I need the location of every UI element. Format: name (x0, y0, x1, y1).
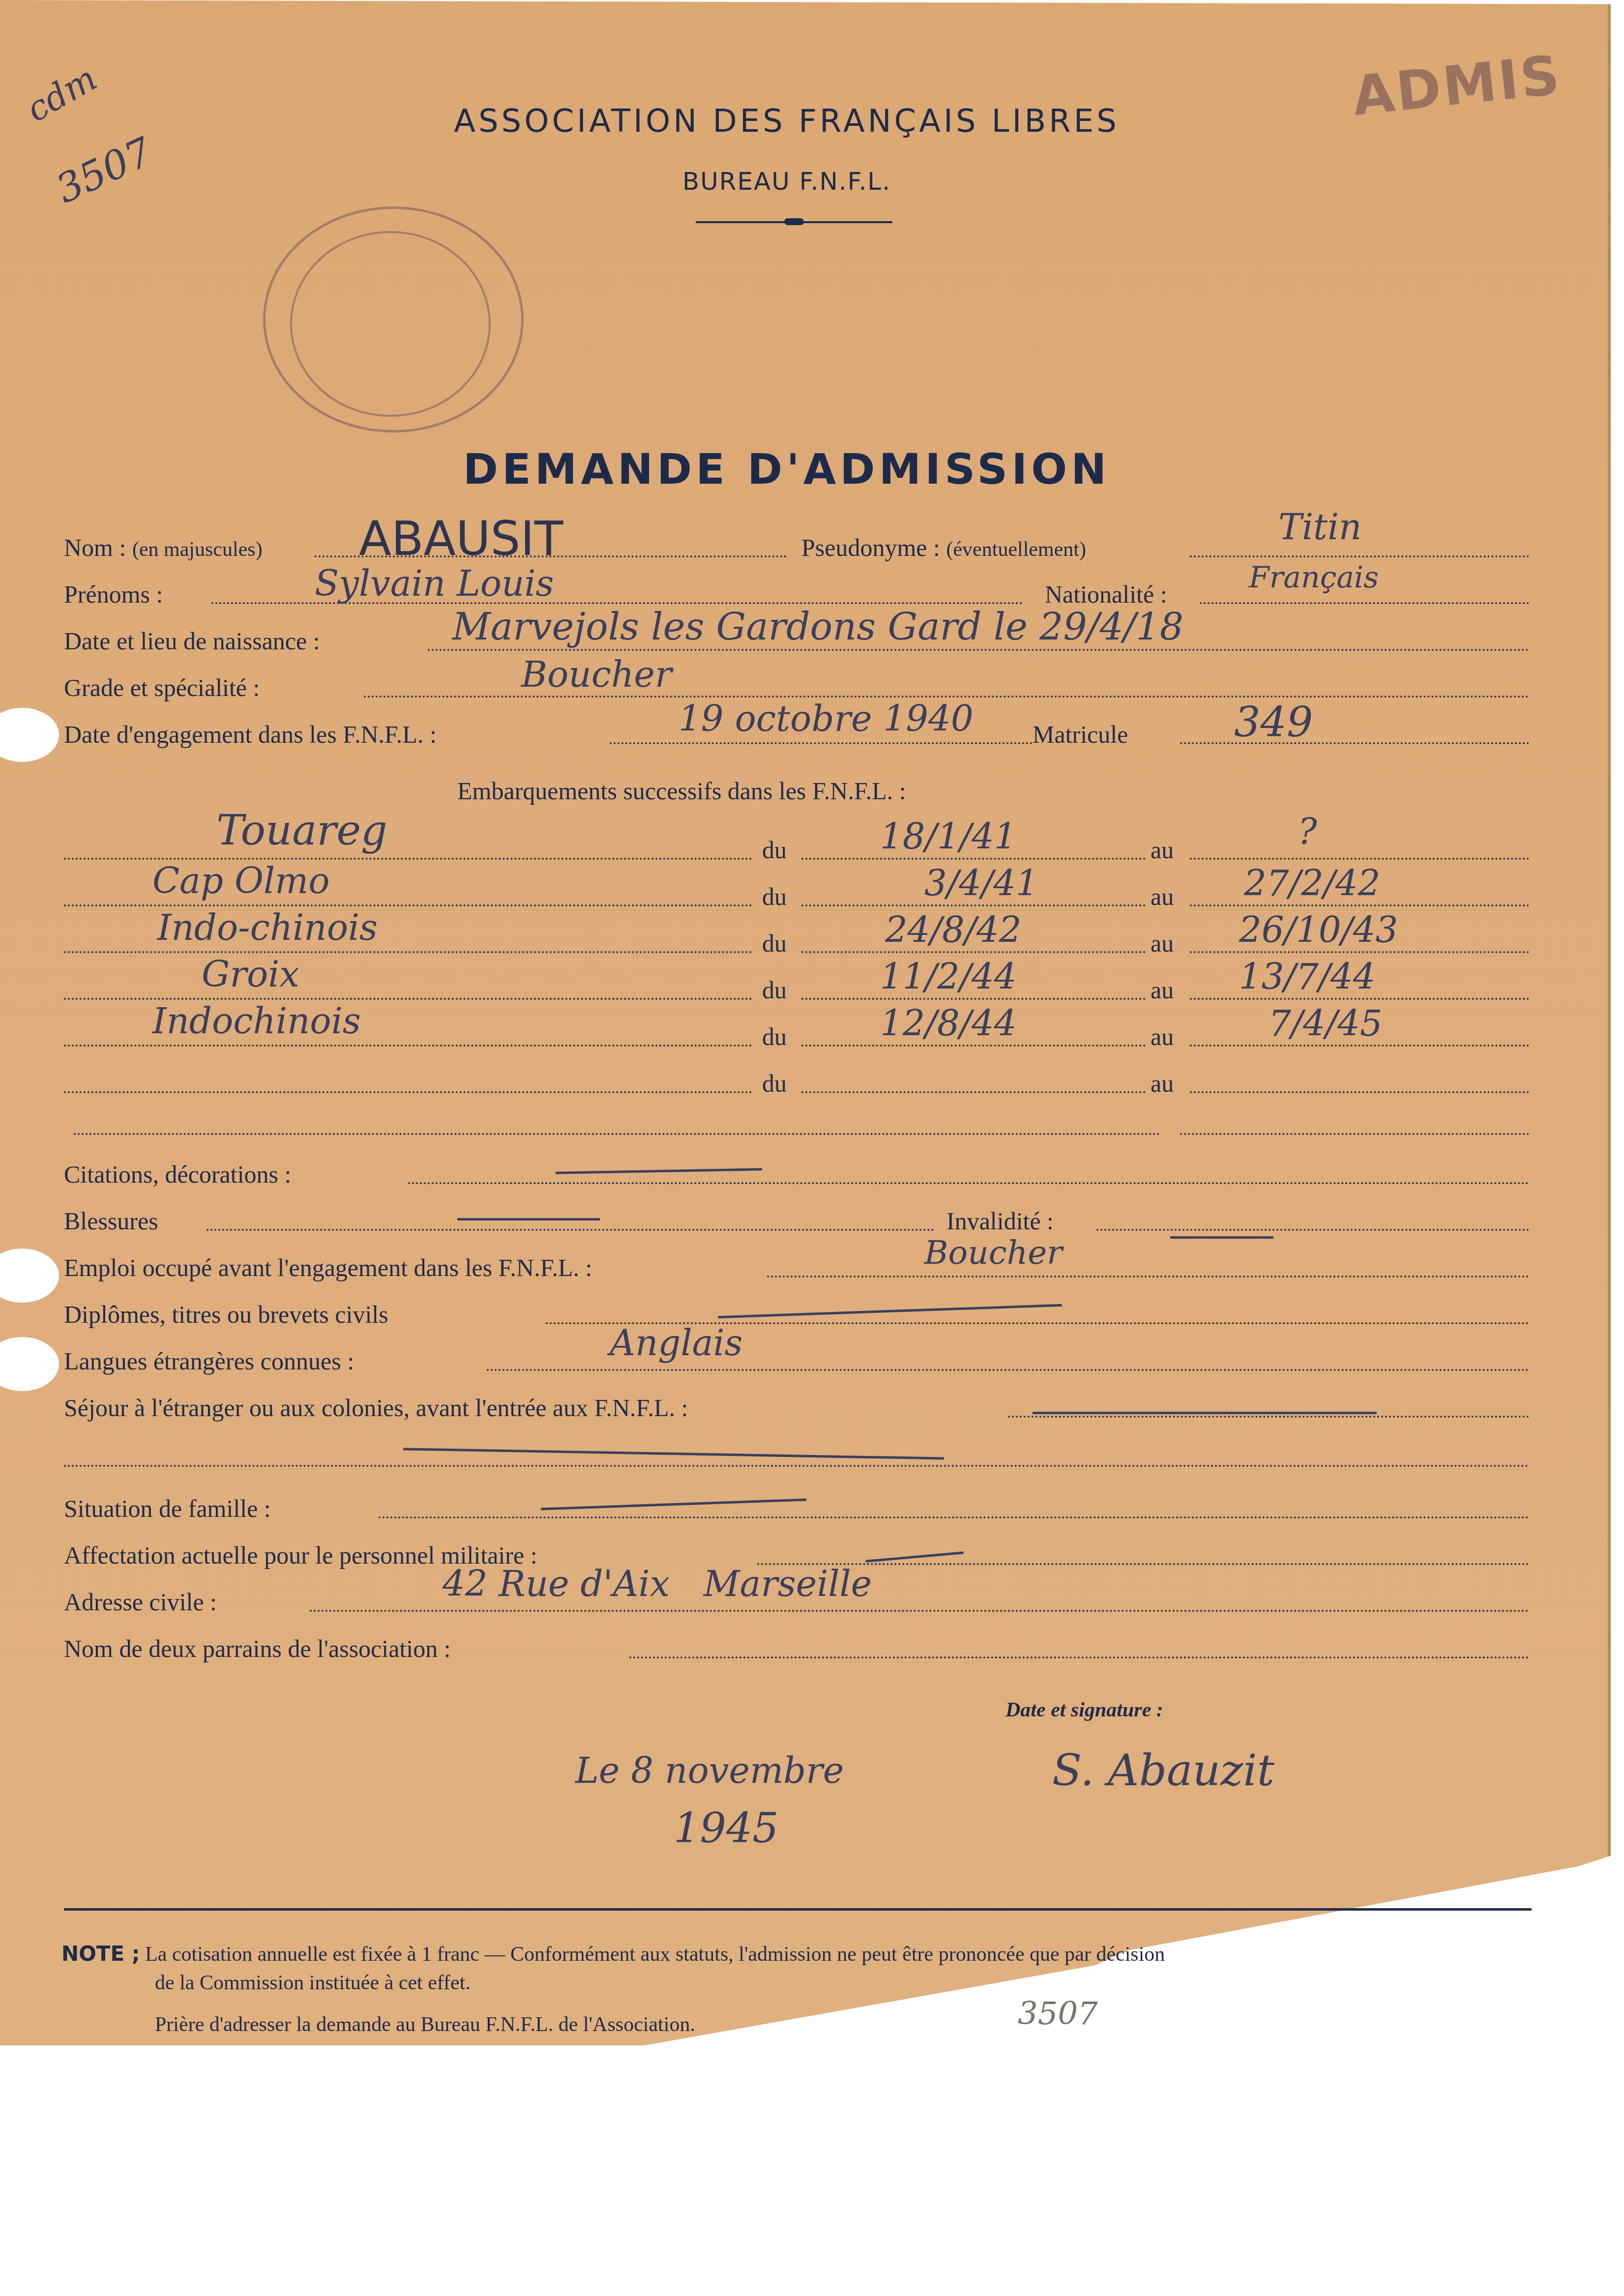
au-date[interactable]: 27/2/42 (1244, 863, 1381, 904)
pseudonyme-line (1190, 555, 1529, 557)
bottom-number-note: 3507 (1018, 1996, 1098, 2032)
invalidite-line (1096, 1229, 1529, 1231)
association-heading: ASSOCIATION DES FRANÇAIS LIBRES (0, 103, 1573, 140)
au-label: au (1151, 836, 1174, 864)
signature-name: S. Abauzit (1052, 1745, 1274, 1796)
du-date[interactable]: 11/2/44 (880, 956, 1017, 997)
du-date[interactable]: 3/4/41 (924, 863, 1038, 904)
engagement-line (610, 742, 1033, 744)
famille-line (379, 1516, 1529, 1518)
ship-name[interactable]: Groix (202, 954, 299, 995)
au-date[interactable]: 7/4/45 (1269, 1003, 1383, 1044)
naissance-label: Date et lieu de naissance : (64, 627, 320, 655)
au-line (1190, 1091, 1529, 1093)
emploi-label: Emploi occupé avant l'engagement dans le… (64, 1253, 592, 1282)
du-label: du (762, 882, 787, 911)
nom-value[interactable]: ABAUSIT (359, 511, 563, 566)
sejour-line-2 (64, 1465, 1529, 1467)
au-label: au (1151, 1069, 1174, 1098)
bureau-heading: BUREAU F.N.F.L. (0, 167, 1573, 196)
ornament-divider (696, 221, 892, 223)
du-date[interactable]: 12/8/44 (880, 1003, 1017, 1044)
ship-name[interactable]: Touareg (216, 806, 387, 854)
famille-label: Situation de famille : (64, 1494, 271, 1523)
affectation-line (757, 1563, 1529, 1565)
au-line (1190, 1045, 1529, 1046)
du-label: du (762, 1022, 787, 1051)
nom-label: Nom : (en majuscules) (64, 533, 263, 562)
ship-line (64, 858, 752, 860)
ship-line (64, 1045, 752, 1046)
du-line (801, 998, 1146, 1000)
du-line (801, 904, 1146, 906)
invalidite-label: Invalidité : (946, 1207, 1054, 1235)
au-label: au (1151, 929, 1174, 958)
ship-name[interactable]: Indochinois (152, 1000, 361, 1042)
note-divider (64, 1908, 1532, 1911)
naissance-line (428, 649, 1529, 651)
citations-label: Citations, décorations : (64, 1160, 291, 1189)
au-label: au (1151, 976, 1174, 1004)
au-line (1190, 858, 1529, 860)
au-line (1190, 904, 1529, 906)
du-label: du (762, 836, 787, 864)
pseudonyme-value[interactable]: Titin (1278, 506, 1361, 548)
naissance-value[interactable]: Marvejols les Gardons Gard le 29/4/18 (452, 605, 1183, 648)
au-line (1190, 998, 1529, 1000)
nationalite-value[interactable]: Français (1249, 560, 1379, 595)
sejour-line (1008, 1416, 1529, 1418)
langues-label: Langues étrangères connues : (64, 1347, 354, 1375)
du-line (801, 951, 1146, 953)
invalidite-dash (1170, 1236, 1273, 1239)
parrains-line (629, 1657, 1529, 1658)
signature-year: 1945 (674, 1804, 779, 1852)
blank-line (74, 1133, 1160, 1135)
grade-line (364, 696, 1529, 698)
engagement-value[interactable]: 19 octobre 1940 (679, 698, 974, 739)
du-date[interactable]: 24/8/42 (885, 909, 1022, 951)
prenoms-value[interactable]: Sylvain Louis (315, 563, 554, 604)
matricule-value[interactable]: 349 (1234, 698, 1313, 746)
diplomes-label: Diplômes, titres ou brevets civils (64, 1300, 388, 1329)
embarquements-heading: Embarquements successifs dans les F.N.F.… (457, 777, 906, 805)
ship-line (64, 1091, 752, 1093)
note-line1: NOTE ; La cotisation annuelle est fixée … (61, 1942, 1165, 1966)
blessures-line (207, 1229, 934, 1231)
prenoms-label: Prénoms : (64, 580, 163, 609)
pseudonyme-label: Pseudonyme : (éventuellement) (801, 533, 1086, 562)
blank-line (1180, 1133, 1529, 1135)
sejour-label: Séjour à l'étranger ou aux colonies, ava… (64, 1394, 688, 1422)
blessures-dash (457, 1218, 600, 1221)
round-stamp-inner-icon (290, 231, 491, 417)
ship-name[interactable]: Cap Olmo (152, 860, 330, 901)
langues-value[interactable]: Anglais (610, 1322, 742, 1364)
au-date[interactable]: ? (1298, 811, 1317, 852)
adresse-label: Adresse civile : (64, 1588, 217, 1616)
au-line (1190, 951, 1529, 953)
langues-line (487, 1369, 1529, 1371)
emploi-value[interactable]: Boucher (924, 1234, 1063, 1272)
au-label: au (1151, 1022, 1174, 1051)
au-date[interactable]: 13/7/44 (1239, 956, 1376, 997)
du-line (801, 1045, 1146, 1046)
du-date[interactable]: 18/1/41 (880, 816, 1017, 857)
signature-date: Le 8 novembre (575, 1750, 844, 1791)
du-line (801, 858, 1146, 860)
du-label: du (762, 929, 787, 958)
nationalite-line (1200, 602, 1529, 604)
engagement-label: Date d'engagement dans les F.N.F.L. : (64, 720, 437, 749)
adresse-value[interactable]: 42 Rue d'Aix Marseille (443, 1563, 872, 1604)
note-line3: Prière d'adresser la demande au Bureau F… (155, 2013, 695, 2036)
blessures-label: Blessures (64, 1207, 158, 1235)
matricule-line (1180, 742, 1529, 744)
ship-name[interactable]: Indo-chinois (157, 907, 378, 948)
grade-value[interactable]: Boucher (521, 654, 672, 695)
ship-line (64, 998, 752, 1000)
du-line (801, 1091, 1146, 1093)
du-label: du (762, 976, 787, 1004)
du-label: du (762, 1069, 787, 1098)
matricule-label: Matricule (1033, 720, 1128, 749)
ship-line (64, 904, 752, 906)
document-page (0, 0, 1611, 2109)
signature-label: Date et signature : (1005, 1698, 1163, 1722)
citations-line (408, 1182, 1529, 1184)
grade-label: Grade et spécialité : (64, 673, 260, 702)
sejour-dash (1033, 1412, 1377, 1414)
au-label: au (1151, 882, 1174, 911)
adresse-line (310, 1610, 1529, 1612)
note-line2: de la Commission instituée à cet effet. (155, 1971, 471, 1995)
au-date[interactable]: 26/10/43 (1239, 909, 1398, 951)
ship-line (64, 951, 752, 953)
emploi-line (767, 1276, 1529, 1278)
parrains-label: Nom de deux parrains de l'association : (64, 1634, 451, 1663)
page-title: DEMANDE D'ADMISSION (0, 445, 1573, 494)
